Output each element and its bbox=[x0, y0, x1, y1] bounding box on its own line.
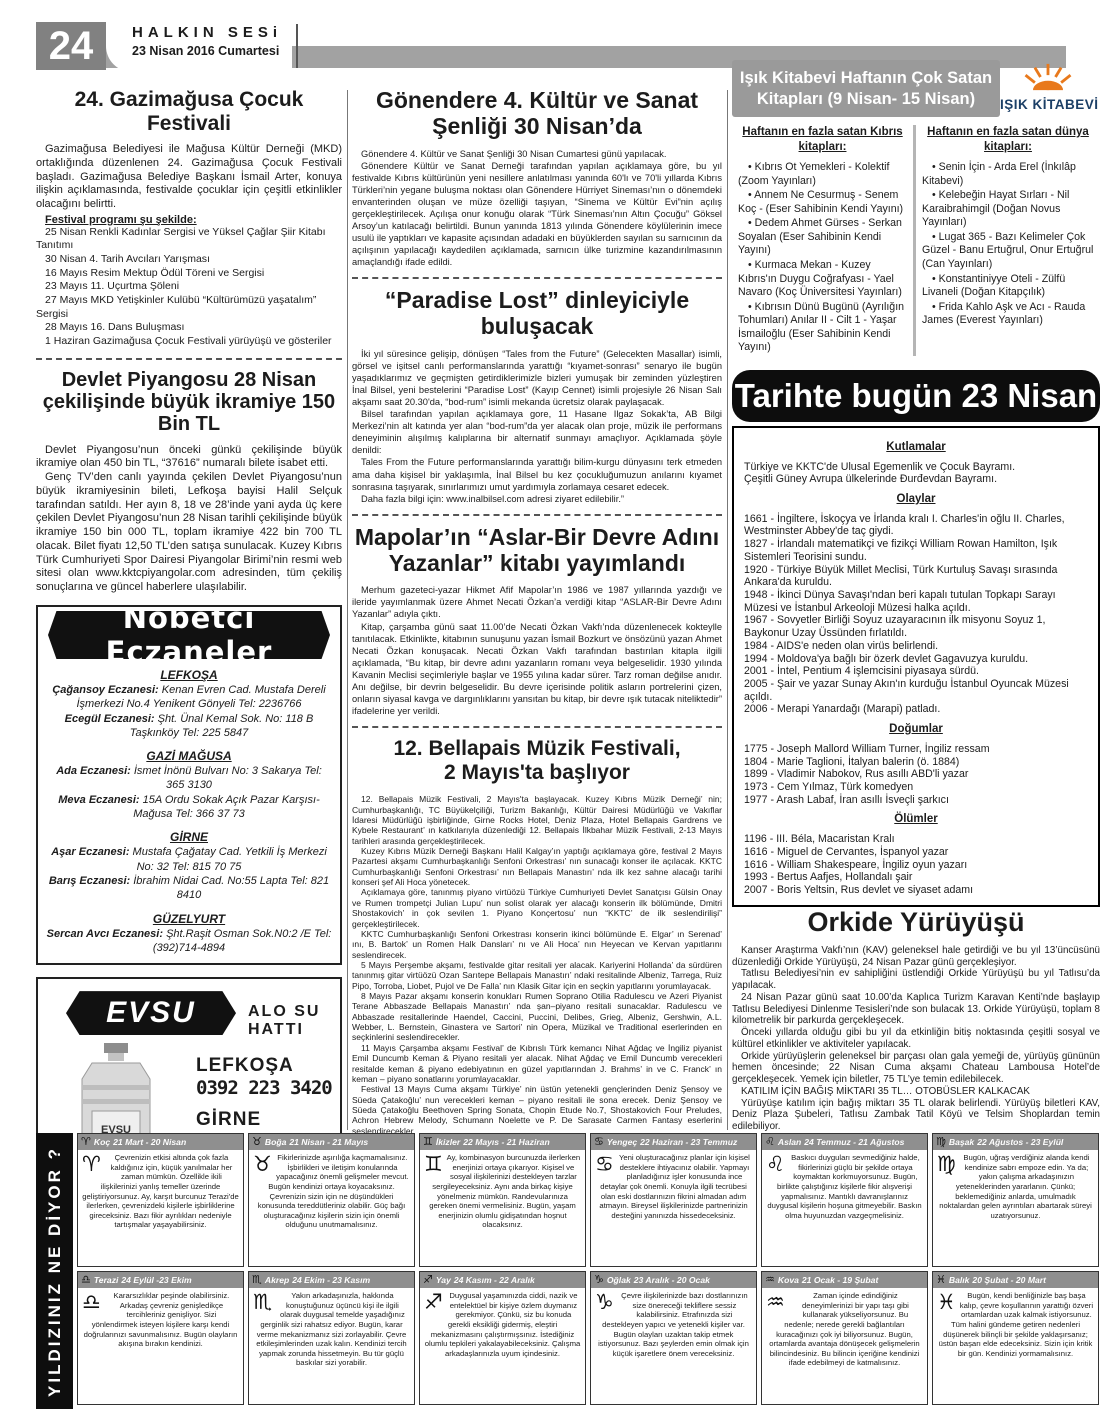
isik-header-title: Işık Kitabevi Haftanın Çok Satan Kitapla… bbox=[732, 60, 1000, 117]
pharmacy-entry: Ada Eczanesi: İsmet İnönü Bulvarı No: 3 … bbox=[46, 764, 332, 793]
zodiac-glyph-icon: ♋ bbox=[595, 1154, 614, 1175]
horoscope-text: ♑ Çevre ilişkilerinizde bazı dostlarınız… bbox=[591, 1288, 756, 1358]
paragraph: Gönendere 4. Kültür ve Sanat Şenliği 30 … bbox=[352, 148, 722, 160]
zodiac-icon: ♊ bbox=[423, 1137, 433, 1148]
page-number: 24 bbox=[36, 22, 106, 70]
zodiac-glyph-icon: ♓ bbox=[937, 1292, 956, 1313]
book-item: Annem Ne Cesurmuş - Senem Koç - (Eser Sa… bbox=[738, 189, 907, 216]
zodiac-name: Aslan bbox=[778, 1137, 801, 1147]
article-title: Mapolar’ın “Aslar-Bir Devre Adını Yazanl… bbox=[352, 525, 722, 577]
horoscope-cell-header: ♐ Yay 24 Kasım - 22 Aralık bbox=[420, 1272, 585, 1288]
history-item: 1899 - Vladimir Nabokov, Rus asıllı ABD'… bbox=[744, 768, 1088, 781]
paragraph: 12. Bellapais Müzik Festivali, 2 Mayıs't… bbox=[352, 794, 722, 846]
section-heading: Olaylar bbox=[744, 493, 1088, 507]
zodiac-glyph-icon: ♈ bbox=[82, 1154, 101, 1175]
program-item: 1 Haziran Gazimağusa Çocuk Festivali yür… bbox=[36, 335, 342, 349]
dashed-divider bbox=[352, 277, 722, 279]
book-item: Kurmaca Mekan - Kuzey Kıbrıs'ın Duygu Co… bbox=[738, 259, 907, 300]
paragraph: Gazimağusa Belediyesi ile Mağusa Kültür … bbox=[36, 143, 342, 212]
masthead: HALKIN SESi 23 Nisan 2016 Cumartesi bbox=[106, 18, 292, 72]
horoscope-text: ♐ Duygusal yaşamınızda ciddi, nazik ve e… bbox=[420, 1288, 585, 1358]
paragraph: Devlet Piyangosu’nun önceki günkü çekili… bbox=[36, 444, 342, 472]
program-item: 16 Mayıs Resim Mektup Ödül Töreni ve Ser… bbox=[36, 267, 342, 281]
zodiac-glyph-icon: ♍ bbox=[937, 1154, 956, 1175]
pharmacy-entry: Sercan Avcı Eczanesi: Şht.Raşit Osman So… bbox=[46, 927, 332, 956]
zodiac-glyph-icon: ♏ bbox=[253, 1292, 272, 1313]
article-paradise-lost: “Paradise Lost” dinleyiciyle buluşacak İ… bbox=[352, 288, 722, 505]
paragraph: Kanser Araştırma Vakfı’nın (KAV) gelenek… bbox=[732, 945, 1100, 969]
history-item: 1977 - Arash Labaf, İran asıllı İsveçli … bbox=[744, 794, 1088, 807]
zodiac-name: Oğlak bbox=[607, 1275, 631, 1285]
article-body: Merhum gazeteci-yazar Hikmet Afif Mapola… bbox=[352, 584, 722, 717]
horoscope-cell-header: ♈ Koç 21 Mart - 20 Nisan bbox=[78, 1134, 243, 1150]
book-item: Senin İçin - Arda Erel (İnkılâp Kitabevi… bbox=[922, 161, 1094, 188]
zodiac-dates: 22 Haziran - 23 Temmuz bbox=[640, 1137, 737, 1147]
paragraph: Kitap, çarşamba günü saat 11.00’de Necat… bbox=[352, 621, 722, 718]
zodiac-name: Yengeç bbox=[607, 1137, 637, 1147]
zodiac-name: İkizler bbox=[436, 1137, 460, 1147]
zodiac-dates: 21 Ocak - 19 Şubat bbox=[802, 1275, 878, 1285]
program-item: 28 Mayıs 16. Dans Buluşması bbox=[36, 321, 342, 335]
pharmacy-entry: Çağansoy Eczanesi: Kenan Evren Cad. Must… bbox=[46, 683, 332, 712]
history-item: 1948 - İkinci Dünya Savaşı'ndan beri kap… bbox=[744, 589, 1088, 614]
paragraph: Önceki yıllarda olduğu gibi bu yıl da et… bbox=[732, 1027, 1100, 1051]
horoscope-cell-header: ♋ Yengeç 22 Haziran - 23 Temmuz bbox=[591, 1134, 756, 1150]
zodiac-icon: ♐ bbox=[423, 1275, 433, 1286]
pharmacy-city: GİRNE bbox=[46, 830, 332, 844]
book-item: Lugat 365 - Bazı Kelimeler Çok Güzel - B… bbox=[922, 231, 1094, 272]
horoscope-cell: ♐ Yay 24 Kasım - 22 Aralık ♐ Duygusal ya… bbox=[419, 1271, 586, 1405]
sun-icon bbox=[1013, 62, 1083, 92]
zodiac-dates: 24 Eylül -23 Ekim bbox=[121, 1275, 191, 1285]
history-item: 2006 - Merapi Yanardağı (Marapi) patladı… bbox=[744, 703, 1088, 716]
horoscope-text: ♍ Bugün, uğraş verdiğiniz alanda kendi k… bbox=[933, 1150, 1098, 1220]
book-item: Kıbrıs Ot Yemekleri - Kolektif (Zoom Yay… bbox=[738, 161, 907, 188]
history-item: 1973 - Cem Yılmaz, Türk komedyen bbox=[744, 781, 1088, 794]
zodiac-icon: ♋ bbox=[594, 1137, 604, 1148]
isik-kitabevi-logo: IŞIK KİTABEVİ bbox=[1000, 60, 1096, 112]
pharmacy-entry: Barış Eczanesi: İbrahim Nidai Cad. No:55… bbox=[46, 874, 332, 903]
zodiac-name: Balık bbox=[949, 1275, 970, 1285]
paragraph: Festival 13 Mayıs Cuma akşamı Türkiye’ n… bbox=[352, 1084, 722, 1136]
zodiac-name: Kova bbox=[778, 1275, 799, 1285]
paragraph: KATILIM İÇİN BAĞIŞ MİKTARI 35 TL… OTOBÜS… bbox=[732, 1086, 1100, 1098]
history-item: 2005 - Şair ve yazar Sunay Akın'ın kurdu… bbox=[744, 678, 1088, 703]
evsu-logo: EVSU bbox=[66, 991, 236, 1035]
zodiac-icon: ♓ bbox=[936, 1275, 946, 1286]
zodiac-name: Boğa bbox=[265, 1137, 286, 1147]
city-label: GİRNE bbox=[196, 1109, 336, 1131]
horoscope-section: YILDIZINIZ NE DİYOR ? ♈ Koç 21 Mart - 20… bbox=[36, 1133, 1100, 1409]
program-heading: Festival programı şu şekilde: bbox=[36, 214, 342, 226]
horoscope-text: ♎ Kararsızlıklar peşinde olabilirsiniz. … bbox=[78, 1288, 243, 1349]
paragraph: 24 Nisan Pazar günü saat 10.00’da Kaplıc… bbox=[732, 992, 1100, 1027]
zodiac-dates: 23 Aralık - 20 Ocak bbox=[634, 1275, 710, 1285]
zodiac-dates: 21 Nisan - 21 Mayıs bbox=[289, 1137, 368, 1147]
program-list: 25 Nisan Renkli Kadınlar Sergisi ve Yüks… bbox=[36, 226, 342, 349]
zodiac-dates: 21 Mart - 20 Nisan bbox=[113, 1137, 186, 1147]
list-heading: Haftanın en fazla satan dünya kitapları: bbox=[922, 125, 1094, 155]
article-body: İki yıl süresince gelişip, dönüşen “Tale… bbox=[352, 348, 722, 505]
history-item: 1984 - AIDS'e neden olan virüs belirlend… bbox=[744, 640, 1088, 653]
horoscope-cell-header: ♒ Kova 21 Ocak - 19 Şubat bbox=[762, 1272, 927, 1288]
dashed-divider bbox=[352, 726, 722, 728]
paragraph: Merhum gazeteci-yazar Hikmet Afif Mapola… bbox=[352, 584, 722, 620]
paragraph: Genç TV’den canlı yayında çekilen Devlet… bbox=[36, 471, 342, 595]
zodiac-name: Akrep bbox=[265, 1275, 289, 1285]
paragraph: İki yıl süresince gelişip, dönüşen “Tale… bbox=[352, 348, 722, 408]
paragraph: Açıklamaya göre, tanınmış piyano virtüöz… bbox=[352, 887, 722, 928]
paragraph: Daha fazla bilgi için: www.inalbilsel.co… bbox=[352, 493, 722, 505]
history-item: 1827 - İrlandalı matematikçi ve fizikçi … bbox=[744, 538, 1088, 563]
history-item: 1993 - Bertus Aafjes, Hollandalı şair bbox=[744, 871, 1088, 884]
section-heading: Doğumlar bbox=[744, 723, 1088, 737]
horoscope-cell: ♓ Balık 20 Şubat - 20 Mart ♓ Bugün, kend… bbox=[932, 1271, 1099, 1405]
evsu-tagline: ALO SU HATTI bbox=[248, 1003, 340, 1039]
horoscope-cell-header: ♏ Akrep 24 Ekim - 23 Kasım bbox=[249, 1272, 414, 1288]
masthead-divider bbox=[296, 24, 298, 68]
paragraph: 5 Mayıs Perşembe akşamı, festivalde gita… bbox=[352, 960, 722, 991]
horoscope-strip: YILDIZINIZ NE DİYOR ? bbox=[36, 1133, 73, 1409]
horoscope-text: ♓ Bugün, kendi benliğinizle baş başa kal… bbox=[933, 1288, 1098, 1358]
history-item: 1661 - İngiltere, İskoçya ve İrlanda kra… bbox=[744, 513, 1088, 538]
paragraph: Yürüyüşe katılım için bağış miktarı 35 T… bbox=[732, 1098, 1100, 1133]
history-item: 1616 - Miguel de Cervantes, İspanyol yaz… bbox=[744, 846, 1088, 859]
pharmacy-city: LEFKOŞA bbox=[46, 668, 332, 682]
article-bellapais: 12. Bellapais Müzik Festivali, 2 Mayıs't… bbox=[352, 737, 722, 1177]
horoscope-cell: ♒ Kova 21 Ocak - 19 Şubat ♒ Zaman içinde… bbox=[761, 1271, 928, 1405]
zodiac-dates: 24 Ekim - 23 Kasım bbox=[292, 1275, 370, 1285]
pharmacy-entry: Ecegül Eczanesi: Şht. Ünal Kemal Sok. No… bbox=[46, 712, 332, 741]
program-item: 30 Nisan 4. Tarih Avcıları Yarışması bbox=[36, 253, 342, 267]
book-item: Konstantiniyye Oteli - Zülfü Livaneli (D… bbox=[922, 273, 1094, 300]
history-item: 1616 - William Shakespeare, İngiliz oyun… bbox=[744, 859, 1088, 872]
horoscope-cell: ♋ Yengeç 22 Haziran - 23 Temmuz ♋ Yeni o… bbox=[590, 1133, 757, 1267]
history-item: 2007 - Boris Yeltsin, Rus devlet ve siya… bbox=[744, 884, 1088, 897]
zodiac-dates: 24 Kasım - 22 Aralık bbox=[454, 1275, 535, 1285]
paragraph: Bilsel tarafından yapılan açıklamaya gor… bbox=[352, 408, 722, 456]
history-item: 1804 - Marie Taglioni, İtalyan balerin (… bbox=[744, 756, 1088, 769]
horoscope-cell-header: ♊ İkizler 22 Mayıs - 21 Haziran bbox=[420, 1134, 585, 1150]
horoscope-cell-header: ♎ Terazi 24 Eylül -23 Ekim bbox=[78, 1272, 243, 1288]
horoscope-cell: ♌ Aslan 24 Temmuz - 21 Ağustos ♌ Baskıcı… bbox=[761, 1133, 928, 1267]
tarihte-bugun-box: Kutlamalar Türkiye ve KKTC'de Ulusal Ege… bbox=[732, 426, 1100, 907]
book-item: Kelebeğin Hayat Sırları - Nil Karaibrahi… bbox=[922, 189, 1094, 230]
zodiac-name: Başak bbox=[949, 1137, 974, 1147]
pharmacy-list: LEFKOŞA Çağansoy Eczanesi: Kenan Evren C… bbox=[46, 668, 332, 955]
horoscope-cell: ♎ Terazi 24 Eylül -23 Ekim ♎ Kararsızlık… bbox=[77, 1271, 244, 1405]
pharmacy-city: GÜZELYURT bbox=[46, 912, 332, 926]
pharmacy-city: GAZİ MAĞUSA bbox=[46, 749, 332, 763]
zodiac-glyph-icon: ♐ bbox=[424, 1292, 443, 1313]
horoscope-cell-header: ♉ Boğa 21 Nisan - 21 Mayıs bbox=[249, 1134, 414, 1150]
article-mapolar: Mapolar’ın “Aslar-Bir Devre Adını Yazanl… bbox=[352, 525, 722, 717]
article-title: Devlet Piyangosu 28 Nisan çekilişinde bü… bbox=[36, 369, 342, 436]
horoscope-strip-label: YILDIZINIZ NE DİYOR ? bbox=[45, 1146, 65, 1397]
zodiac-glyph-icon: ♊ bbox=[424, 1154, 443, 1175]
book-item: Kıbrısın Dünü Bugünü (Ayrılığın Tohumlar… bbox=[738, 301, 907, 355]
dashed-divider bbox=[36, 358, 342, 360]
horoscope-cell: ♑ Oğlak 23 Aralık - 20 Ocak ♑ Çevre iliş… bbox=[590, 1271, 757, 1405]
horoscope-text: ♌ Baskıcı duyguları sevmediğiniz halde, … bbox=[762, 1150, 927, 1220]
program-item: 25 Nisan Renkli Kadınlar Sergisi ve Yüks… bbox=[36, 226, 342, 253]
zodiac-name: Terazi bbox=[94, 1275, 119, 1285]
horoscope-cell-header: ♍ Başak 22 Ağustos - 23 Eylül bbox=[933, 1134, 1098, 1150]
horoscope-cell: ♊ İkizler 22 Mayıs - 21 Haziran ♊ Ay, ko… bbox=[419, 1133, 586, 1267]
horoscope-cell: ♍ Başak 22 Ağustos - 23 Eylül ♍ Bugün, u… bbox=[932, 1133, 1099, 1267]
horoscope-grid: ♈ Koç 21 Mart - 20 Nisan ♈ Çevrenizin et… bbox=[77, 1133, 1100, 1409]
newspaper-title: HALKIN SESi bbox=[132, 24, 292, 41]
zodiac-glyph-icon: ♉ bbox=[253, 1154, 272, 1175]
history-item: Türkiye ve KKTC'de Ulusal Egemenlik ve Ç… bbox=[744, 461, 1088, 474]
isik-logo-text: IŞIK KİTABEVİ bbox=[1000, 97, 1096, 112]
history-item: 1967 - Sovyetler Birliği Soyuz uzayaracı… bbox=[744, 614, 1088, 639]
history-item: 1196 - III. Béla, Macaristan Kralı bbox=[744, 833, 1088, 846]
paragraph: 11 Mayıs Çarşamba akşamı Festival’ de Kı… bbox=[352, 1043, 722, 1084]
horoscope-cell: ♉ Boğa 21 Nisan - 21 Mayıs ♉ Fikirlerini… bbox=[248, 1133, 415, 1267]
paragraph: KKTC Cumhurbaşkanlığı Senfoni Orkestrası… bbox=[352, 929, 722, 960]
article-body: Devlet Piyangosu’nun önceki günkü çekili… bbox=[36, 444, 342, 595]
column-rule-right bbox=[727, 90, 728, 1130]
zodiac-icon: ♈ bbox=[81, 1137, 91, 1148]
dashed-divider bbox=[352, 514, 722, 516]
horoscope-cell-header: ♓ Balık 20 Şubat - 20 Mart bbox=[933, 1272, 1098, 1288]
zodiac-dates: 20 Şubat - 20 Mart bbox=[972, 1275, 1046, 1285]
isik-kitabevi-header: Işık Kitabevi Haftanın Çok Satan Kitapla… bbox=[732, 60, 1100, 117]
city-label: LEFKOŞA bbox=[196, 1055, 336, 1077]
history-item: 1994 - Moldova'ya bağlı bir özerk devlet… bbox=[744, 653, 1088, 666]
paragraph: Tales From the Future performanslarında … bbox=[352, 456, 722, 492]
horoscope-text: ♉ Fikirlerinizde aşırılığa kaçmamalısını… bbox=[249, 1150, 414, 1230]
phone-number: 0392 223 3420 bbox=[196, 1077, 336, 1099]
article-body: Gazimağusa Belediyesi ile Mağusa Kültür … bbox=[36, 143, 342, 212]
program-item: 23 Mayıs 11. Uçurtma Şöleni bbox=[36, 280, 342, 294]
horoscope-text: ♈ Çevrenizin etkisi altında çok fazla ka… bbox=[78, 1150, 243, 1230]
zodiac-glyph-icon: ♒ bbox=[766, 1292, 785, 1313]
paragraph: Kuzey Kıbrıs Müzik Derneği Başkanı Halil… bbox=[352, 846, 722, 887]
bestseller-lists: Haftanın en fazla satan Kıbrıs kitapları… bbox=[732, 125, 1100, 356]
history-item: 2001 - İntel, Pentium 4 işlemcisini piya… bbox=[744, 665, 1088, 678]
paragraph: Orkide yürüyüşlerin geleneksel bir parça… bbox=[732, 1051, 1100, 1086]
article-title: Orkide Yürüyüşü bbox=[732, 907, 1100, 937]
tarihte-bugun-title: Tarihte bugün 23 Nisan bbox=[732, 370, 1100, 422]
article-body: Gönendere 4. Kültür ve Sanat Şenliği 30 … bbox=[352, 148, 722, 269]
article-gonendere: Gönendere 4. Kültür ve Sanat Şenliği 30 … bbox=[352, 88, 722, 268]
right-column: Işık Kitabevi Haftanın Çok Satan Kitapla… bbox=[732, 60, 1100, 1215]
horoscope-cell-header: ♑ Oğlak 23 Aralık - 20 Ocak bbox=[591, 1272, 756, 1288]
zodiac-glyph-icon: ♌ bbox=[766, 1154, 785, 1175]
zodiac-icon: ♏ bbox=[252, 1275, 262, 1286]
zodiac-icon: ♍ bbox=[936, 1137, 946, 1148]
horoscope-text: ♒ Zaman içinde edindiğiniz deneyimlerini… bbox=[762, 1288, 927, 1368]
zodiac-name: Yay bbox=[436, 1275, 451, 1285]
article-title: 12. Bellapais Müzik Festivali, 2 Mayıs't… bbox=[392, 737, 682, 784]
article-title: Gönendere 4. Kültür ve Sanat Şenliği 30 … bbox=[352, 88, 722, 140]
zodiac-dates: 22 Mayıs - 21 Haziran bbox=[463, 1137, 549, 1147]
pharmacy-box: Nöbetci Eczaneler LEFKOŞA Çağansoy Eczan… bbox=[36, 605, 342, 965]
kibris-book-list: Haftanın en fazla satan Kıbrıs kitapları… bbox=[732, 125, 916, 356]
zodiac-dates: 22 Ağustos - 23 Eylül bbox=[977, 1137, 1063, 1147]
book-item: Frida Kahlo Aşk ve Acı - Rauda James (Ev… bbox=[922, 301, 1094, 328]
zodiac-glyph-icon: ♑ bbox=[595, 1292, 614, 1313]
horoscope-text: ♏ Yakın arkadaşınızla, hakkında konuştuğ… bbox=[249, 1288, 414, 1368]
pharmacy-entry: Meva Eczanesi: 15A Ordu Sokak Açık Pazar… bbox=[46, 793, 332, 822]
dunya-book-list: Haftanın en fazla satan dünya kitapları:… bbox=[916, 125, 1100, 356]
book-item: Dedem Ahmet Gürses - Serkan Soyalan (Ese… bbox=[738, 217, 907, 258]
section-heading: Kutlamalar bbox=[744, 441, 1088, 455]
horoscope-cell: ♈ Koç 21 Mart - 20 Nisan ♈ Çevrenizin et… bbox=[77, 1133, 244, 1267]
issue-date: 23 Nisan 2016 Cumartesi bbox=[132, 44, 292, 58]
horoscope-text: ♊ Ay, kombinasyon burcunuzda ilerlerken … bbox=[420, 1150, 585, 1230]
history-item: 1920 - Türkiye Büyük Millet Meclisi, Tür… bbox=[744, 564, 1088, 589]
zodiac-icon: ♎ bbox=[81, 1275, 91, 1286]
horoscope-cell-header: ♌ Aslan 24 Temmuz - 21 Ağustos bbox=[762, 1134, 927, 1150]
middle-column: Gönendere 4. Kültür ve Sanat Şenliği 30 … bbox=[352, 88, 722, 1177]
zodiac-icon: ♌ bbox=[765, 1137, 775, 1148]
zodiac-icon: ♑ bbox=[594, 1275, 604, 1286]
newspaper-page: 24 HALKIN SESi 23 Nisan 2016 Cumartesi 2… bbox=[0, 0, 1102, 1417]
paragraph: Tatlısu Belediyesi’nin ev sahipliğini üs… bbox=[732, 968, 1100, 992]
paragraph: 8 Mayıs Pazar akşamı konserin konukları … bbox=[352, 991, 722, 1043]
article-body: 12. Bellapais Müzik Festivali, 2 Mayıs't… bbox=[352, 794, 722, 1177]
zodiac-icon: ♒ bbox=[765, 1275, 775, 1286]
article-piyango: Devlet Piyangosu 28 Nisan çekilişinde bü… bbox=[36, 369, 342, 595]
history-item: 1775 - Joseph Mallord William Turner, İn… bbox=[744, 743, 1088, 756]
history-item: Çeşitli Güney Avrupa ülkelerinde Đurđevd… bbox=[744, 473, 1088, 486]
article-title: “Paradise Lost” dinleyiciyle buluşacak bbox=[352, 288, 722, 340]
pharmacy-banner: Nöbetci Eczaneler bbox=[48, 611, 330, 659]
zodiac-name: Koç bbox=[94, 1137, 110, 1147]
article-title: 24. Gazimağusa Çocuk Festivali bbox=[36, 88, 342, 135]
zodiac-icon: ♉ bbox=[252, 1137, 262, 1148]
program-item: 27 Mayıs MKD Yetişkinler Kulübü “Kültürü… bbox=[36, 294, 342, 321]
pharmacy-entry: Aşar Eczanesi: Mustafa Çağatay Cad. Yetk… bbox=[46, 845, 332, 874]
section-heading: Ölümler bbox=[744, 813, 1088, 827]
zodiac-glyph-icon: ♎ bbox=[82, 1292, 101, 1313]
column-rule-left bbox=[347, 90, 348, 1130]
list-heading: Haftanın en fazla satan Kıbrıs kitapları… bbox=[738, 125, 907, 155]
horoscope-cell: ♏ Akrep 24 Ekim - 23 Kasım ♏ Yakın arkad… bbox=[248, 1271, 415, 1405]
article-festival: 24. Gazimağusa Çocuk Festivali Gazimağus… bbox=[36, 88, 342, 349]
left-column: 24. Gazimağusa Çocuk Festivali Gazimağus… bbox=[36, 88, 342, 1207]
horoscope-text: ♋ Yeni oluşturacağınız planlar için kişi… bbox=[591, 1150, 756, 1220]
paragraph: Gönendere Kültür ve Sanat Derneği tarafı… bbox=[352, 160, 722, 269]
zodiac-dates: 24 Temmuz - 21 Ağustos bbox=[804, 1137, 904, 1147]
